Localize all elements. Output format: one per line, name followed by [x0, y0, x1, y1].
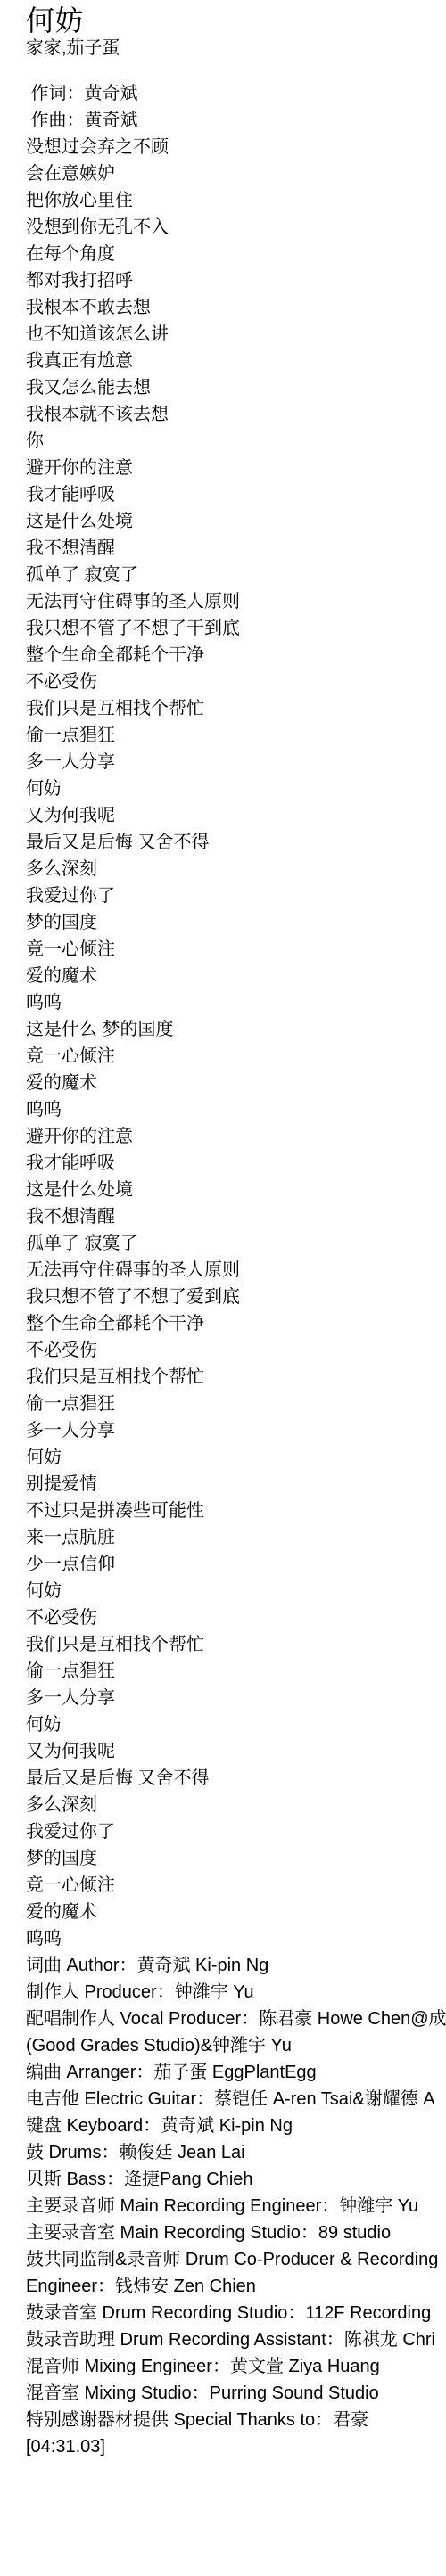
- lyric-line: 整个生命全都耗个干净: [26, 1310, 446, 1337]
- lyric-line: 作词：黄奇斌: [26, 80, 446, 107]
- lyric-line: 这是什么处境: [26, 1177, 446, 1203]
- lyric-line: 又为何我呢: [26, 1738, 446, 1765]
- lyric-line: 不过只是拼凑些可能性: [26, 1497, 446, 1524]
- artist-names: 家家,茄子蛋: [26, 37, 446, 59]
- lyric-line: 没想过会弃之不顾: [26, 134, 446, 160]
- lyric-line: 何妨: [26, 1444, 446, 1471]
- lyric-line: 贝斯 Bass：逄捷Pang Chieh: [26, 2166, 446, 2193]
- lyric-line: 偷一点猖狂: [26, 1658, 446, 1685]
- lyric-line: 又为何我呢: [26, 802, 446, 829]
- lyric-line: 爱的魔术: [26, 963, 446, 989]
- lyric-line: 来一点肮脏: [26, 1524, 446, 1551]
- lyric-line: 爱的魔术: [26, 1899, 446, 1925]
- lyric-line: (Good Grades Studio)&钟潍宇 Yu: [26, 2032, 446, 2059]
- lyric-line: 竟一心倾注: [26, 936, 446, 963]
- lyric-line: 没想到你无孔不入: [26, 214, 446, 241]
- lyric-line: 混音师 Mixing Engineer：黄文萱 Ziya Huang: [26, 2353, 446, 2380]
- lyric-line: Engineer：钱炜安 Zen Chien: [26, 2273, 446, 2300]
- lyrics: 作词：黄奇斌 作曲：黄奇斌没想过会弃之不顾会在意嫉妒把你放心里住没想到你无孔不入…: [26, 80, 446, 2460]
- lyric-line: 爱的魔术: [26, 1070, 446, 1096]
- lyric-line: 呜呜: [26, 989, 446, 1016]
- lyric-line: 孤单了 寂寞了: [26, 562, 446, 588]
- lyric-line: 这是什么 梦的国度: [26, 1016, 446, 1043]
- lyric-line: 多一人分享: [26, 749, 446, 775]
- lyric-line: 配唱制作人 Vocal Producer：陈君豪 Howe Chen@成: [26, 2006, 446, 2032]
- lyric-line: 不必受伤: [26, 1337, 446, 1364]
- lyric-line: 梦的国度: [26, 909, 446, 936]
- lyric-line: 我不想清醒: [26, 1203, 446, 1230]
- lyric-line: 偷一点猖狂: [26, 1391, 446, 1417]
- lyric-line: 无法再守住碍事的圣人原则: [26, 1257, 446, 1284]
- lyric-line: 我们只是互相找个帮忙: [26, 1364, 446, 1391]
- lyric-line: 避开你的注意: [26, 1123, 446, 1150]
- lyric-line: 我只想不管了不想了干到底: [26, 615, 446, 642]
- lyric-line: 编曲 Arranger：茄子蛋 EggPlantEgg: [26, 2059, 446, 2086]
- lyric-line: 我才能呼吸: [26, 1150, 446, 1177]
- lyric-line: 呜呜: [26, 1096, 446, 1123]
- lyric-line: 呜呜: [26, 1925, 446, 1952]
- lyric-line: 我只想不管了不想了爱到底: [26, 1284, 446, 1310]
- lyric-line: 最后又是后悔 又舍不得: [26, 1765, 446, 1792]
- lyric-line: 竟一心倾注: [26, 1043, 446, 1070]
- lyric-line: 最后又是后悔 又舍不得: [26, 829, 446, 856]
- lyric-line: 电吉他 Electric Guitar：蔡铠任 A-ren Tsai&谢耀德 A: [26, 2086, 446, 2112]
- lyric-line: 不必受伤: [26, 1604, 446, 1631]
- lyric-line: 偷一点猖狂: [26, 722, 446, 749]
- lyric-line: 鼓共同监制&录音师 Drum Co-Producer & Recording: [26, 2246, 446, 2273]
- lyric-line: 混音室 Mixing Studio：Purring Sound Studio: [26, 2380, 446, 2407]
- lyric-line: 我们只是互相找个帮忙: [26, 1631, 446, 1658]
- lyric-line: 都对我打招呼: [26, 267, 446, 294]
- lyric-line: 特别感谢器材提供 Special Thanks to：君豪: [26, 2407, 446, 2433]
- lyric-line: 别提爱情: [26, 1471, 446, 1497]
- lyric-line: 我又怎么能去想: [26, 374, 446, 401]
- lyric-line: 会在意嫉妒: [26, 160, 446, 187]
- lyric-line: 在每个角度: [26, 241, 446, 267]
- lyric-line: 无法再守住碍事的圣人原则: [26, 588, 446, 615]
- lyric-line: 我们只是互相找个帮忙: [26, 695, 446, 722]
- lyric-line: 多么深刻: [26, 1792, 446, 1818]
- lyric-line: 何妨: [26, 775, 446, 802]
- lyric-line: 我才能呼吸: [26, 481, 446, 508]
- lyric-line: [04:31.03]: [26, 2433, 446, 2460]
- lyric-line: 何妨: [26, 1578, 446, 1604]
- lyric-line: 避开你的注意: [26, 455, 446, 481]
- lyric-line: 这是什么处境: [26, 508, 446, 535]
- lyric-line: 多么深刻: [26, 856, 446, 882]
- lyric-line: 键盘 Keyboard：黄奇斌 Ki-pin Ng: [26, 2112, 446, 2139]
- lyric-line: 我根本就不该去想: [26, 401, 446, 428]
- lyric-line: 鼓录音助理 Drum Recording Assistant：陈祺龙 Chri: [26, 2326, 446, 2353]
- lyric-line: 我根本不敢去想: [26, 294, 446, 321]
- lyric-line: 我不想清醒: [26, 535, 446, 562]
- lyric-line: 少一点信仰: [26, 1551, 446, 1578]
- lyric-line: 主要录音师 Main Recording Engineer：钟潍宇 Yu: [26, 2193, 446, 2219]
- lyric-line: 鼓录音室 Drum Recording Studio：112F Recordin…: [26, 2300, 446, 2326]
- lyrics-page: 何妨 家家,茄子蛋 作词：黄奇斌 作曲：黄奇斌没想过会弃之不顾会在意嫉妒把你放心…: [0, 0, 446, 2460]
- lyric-line: 你: [26, 428, 446, 455]
- lyric-line: 我爱过你了: [26, 1818, 446, 1845]
- lyric-line: 何妨: [26, 1711, 446, 1738]
- lyric-line: 把你放心里住: [26, 187, 446, 214]
- song-title: 何妨: [26, 4, 446, 37]
- lyric-line: 我真正有尬意: [26, 348, 446, 374]
- lyric-line: 梦的国度: [26, 1845, 446, 1872]
- lyric-line: 整个生命全都耗个干净: [26, 642, 446, 669]
- lyric-line: 制作人 Producer：钟潍宇 Yu: [26, 1979, 446, 2006]
- lyric-line: 多一人分享: [26, 1417, 446, 1444]
- lyric-line: 多一人分享: [26, 1685, 446, 1711]
- lyric-line: 我爱过你了: [26, 882, 446, 909]
- lyric-line: 也不知道该怎么讲: [26, 321, 446, 348]
- lyric-line: 词曲 Author：黄奇斌 Ki-pin Ng: [26, 1952, 446, 1979]
- lyric-line: 孤单了 寂寞了: [26, 1230, 446, 1257]
- lyric-line: 主要录音室 Main Recording Studio：89 studio: [26, 2219, 446, 2246]
- lyric-line: 竟一心倾注: [26, 1872, 446, 1899]
- lyric-line: 不必受伤: [26, 669, 446, 695]
- lyric-line: 鼓 Drums：赖俊廷 Jean Lai: [26, 2139, 446, 2166]
- lyric-line: 作曲：黄奇斌: [26, 107, 446, 134]
